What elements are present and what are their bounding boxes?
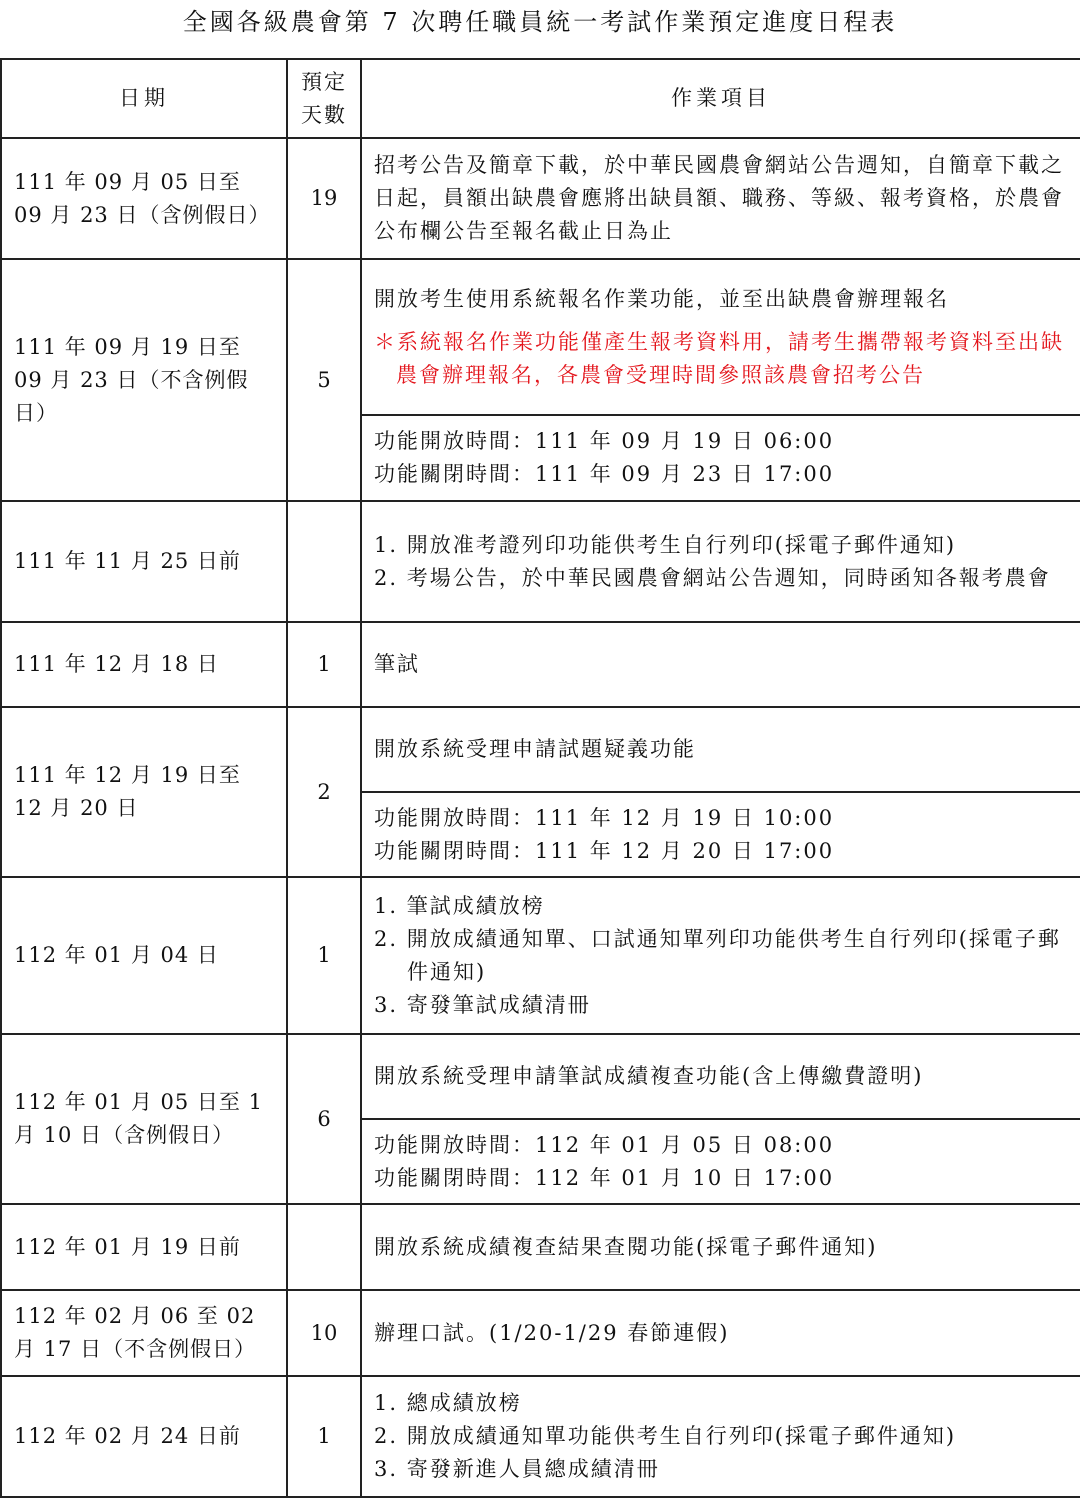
registration-note: ＊系統報名作業功能僅產生報考資料用，請考生攜帶報考資料至出缺農會辦理報名，各農會…	[374, 326, 1068, 392]
schedule-table: 日期 預定天數 作業項目 111 年 09 月 05 日至 09 月 23 日（…	[0, 58, 1080, 1498]
close-time: 功能關閉時間：112 年 01 月 10 日 17:00	[374, 1162, 1068, 1195]
table-row: 112 年 01 月 05 日至 1 月 10 日（含例假日） 6 開放系統受理…	[1, 1034, 1080, 1119]
row-task: 1. 開放准考證列印功能供考生自行列印(採電子郵件通知) 2. 考場公告，於中華…	[361, 501, 1080, 622]
table-row: 112 年 01 月 04 日 1 1. 筆試成績放榜 2. 開放成績通知單、口…	[1, 877, 1080, 1034]
row-days: 6	[287, 1034, 361, 1204]
row-task: 招考公告及簡章下載，於中華民國農會網站公告週知，自簡章下載之日起，員額出缺農會應…	[361, 138, 1080, 259]
row-days: 5	[287, 259, 361, 501]
row-task: 開放系統受理申請試題疑義功能	[361, 707, 1080, 792]
row-date: 111 年 12 月 18 日	[1, 622, 287, 707]
task-text: 開放考生使用系統報名作業功能，並至出缺農會辦理報名	[374, 283, 1068, 316]
row-date: 111 年 11 月 25 日前	[1, 501, 287, 622]
row-days: 19	[287, 138, 361, 259]
task-item: 1. 開放准考證列印功能供考生自行列印(採電子郵件通知)	[374, 529, 1068, 562]
document-title: 全國各級農會第 7 次聘任職員統一考試作業預定進度日程表	[0, 4, 1080, 40]
row-times: 功能開放時間：112 年 01 月 05 日 08:00 功能關閉時間：112 …	[361, 1119, 1080, 1204]
header-task: 作業項目	[361, 59, 1080, 138]
table-row: 111 年 12 月 18 日 1 筆試	[1, 622, 1080, 707]
row-times: 功能開放時間：111 年 12 月 19 日 10:00 功能關閉時間：111 …	[361, 792, 1080, 877]
row-date: 112 年 01 月 05 日至 1 月 10 日（含例假日）	[1, 1034, 287, 1204]
open-time: 功能開放時間：111 年 12 月 19 日 10:00	[374, 802, 1068, 835]
row-days	[287, 1204, 361, 1290]
row-days: 10	[287, 1290, 361, 1376]
row-date: 112 年 02 月 24 日前	[1, 1376, 287, 1497]
row-date: 111 年 09 月 05 日至 09 月 23 日（含例假日）	[1, 138, 287, 259]
row-date: 112 年 02 月 06 至 02 月 17 日（不含例假日）	[1, 1290, 287, 1376]
row-task: 開放考生使用系統報名作業功能，並至出缺農會辦理報名 ＊系統報名作業功能僅產生報考…	[361, 259, 1080, 415]
task-item: 2. 開放成績通知單功能供考生自行列印(採電子郵件通知)	[374, 1420, 1068, 1453]
row-date: 111 年 12 月 19 日至 12 月 20 日	[1, 707, 287, 877]
table-row: 111 年 09 月 05 日至 09 月 23 日（含例假日） 19 招考公告…	[1, 138, 1080, 259]
header-date: 日期	[1, 59, 287, 138]
table-header-row: 日期 預定天數 作業項目	[1, 59, 1080, 138]
row-task: 筆試	[361, 622, 1080, 707]
row-days: 1	[287, 1376, 361, 1497]
task-item: 3. 寄發新進人員總成績清冊	[374, 1453, 1068, 1486]
row-days	[287, 501, 361, 622]
row-date: 112 年 01 月 19 日前	[1, 1204, 287, 1290]
close-time: 功能關閉時間：111 年 12 月 20 日 17:00	[374, 835, 1068, 868]
header-days: 預定天數	[287, 59, 361, 138]
table-row: 112 年 01 月 19 日前 開放系統成績複查結果查閱功能(採電子郵件通知)	[1, 1204, 1080, 1290]
task-item: 1. 筆試成績放榜	[374, 890, 1068, 923]
task-item: 3. 寄發筆試成績清冊	[374, 989, 1068, 1022]
row-task: 開放系統成績複查結果查閱功能(採電子郵件通知)	[361, 1204, 1080, 1290]
row-days: 2	[287, 707, 361, 877]
open-time: 功能開放時間：111 年 09 月 19 日 06:00	[374, 425, 1068, 458]
table-row: 111 年 11 月 25 日前 1. 開放准考證列印功能供考生自行列印(採電子…	[1, 501, 1080, 622]
table-row: 111 年 12 月 19 日至 12 月 20 日 2 開放系統受理申請試題疑…	[1, 707, 1080, 792]
task-item: 2. 開放成績通知單、口試通知單列印功能供考生自行列印(採電子郵件通知)	[374, 923, 1068, 989]
row-task: 辦理口試。(1/20-1/29 春節連假)	[361, 1290, 1080, 1376]
table-row: 111 年 09 月 19 日至 09 月 23 日（不含例假日） 5 開放考生…	[1, 259, 1080, 415]
row-date: 111 年 09 月 19 日至 09 月 23 日（不含例假日）	[1, 259, 287, 501]
row-date: 112 年 01 月 04 日	[1, 877, 287, 1034]
task-item: 1. 總成績放榜	[374, 1387, 1068, 1420]
open-time: 功能開放時間：112 年 01 月 05 日 08:00	[374, 1129, 1068, 1162]
row-task: 1. 總成績放榜 2. 開放成績通知單功能供考生自行列印(採電子郵件通知) 3.…	[361, 1376, 1080, 1497]
table-row: 112 年 02 月 24 日前 1 1. 總成績放榜 2. 開放成績通知單功能…	[1, 1376, 1080, 1497]
table-row: 112 年 02 月 06 至 02 月 17 日（不含例假日） 10 辦理口試…	[1, 1290, 1080, 1376]
row-days: 1	[287, 622, 361, 707]
row-times: 功能開放時間：111 年 09 月 19 日 06:00 功能關閉時間：111 …	[361, 415, 1080, 501]
row-task: 1. 筆試成績放榜 2. 開放成績通知單、口試通知單列印功能供考生自行列印(採電…	[361, 877, 1080, 1034]
row-days: 1	[287, 877, 361, 1034]
task-item: 2. 考場公告，於中華民國農會網站公告週知，同時函知各報考農會	[374, 562, 1068, 595]
row-task: 開放系統受理申請筆試成績複查功能(含上傳繳費證明)	[361, 1034, 1080, 1119]
close-time: 功能關閉時間：111 年 09 月 23 日 17:00	[374, 458, 1068, 491]
